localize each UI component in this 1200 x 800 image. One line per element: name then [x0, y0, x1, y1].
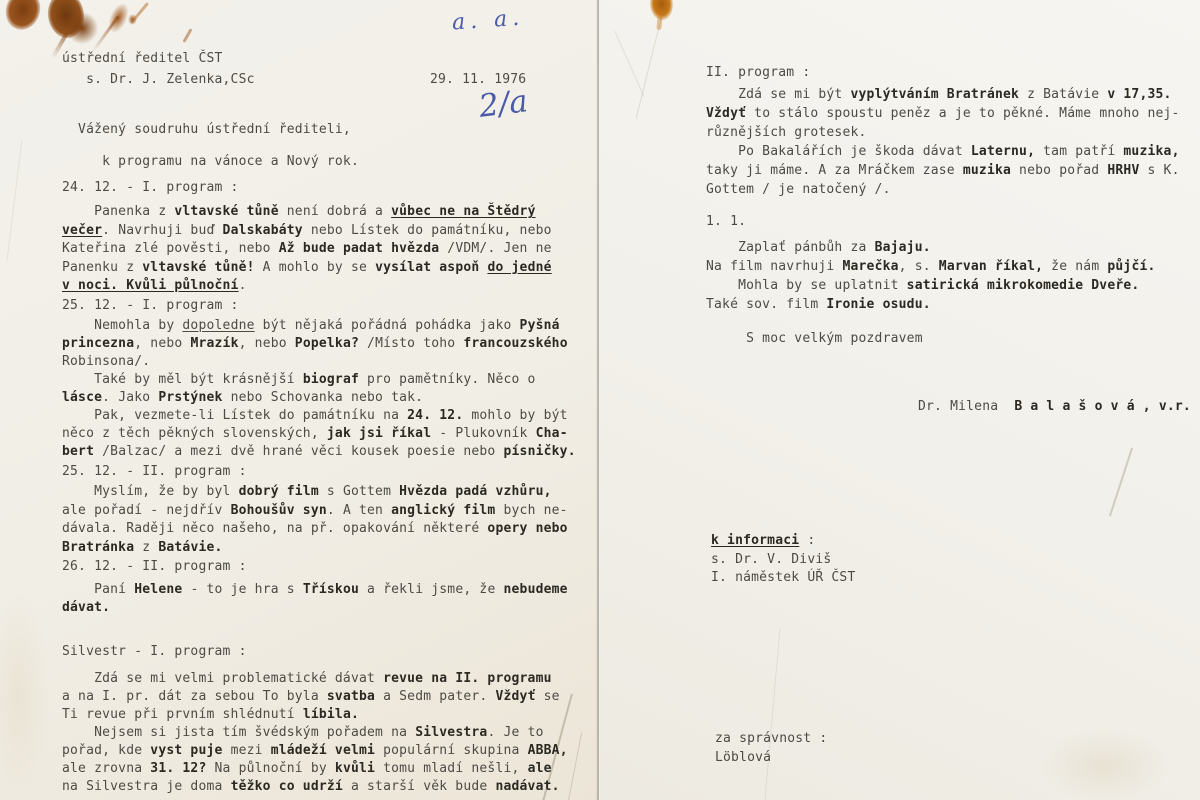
typed-line: 26. 12. - II. program :	[62, 558, 247, 576]
typed-line: II. program :	[706, 64, 810, 82]
typed-line: s. Dr. V. Diviš	[711, 551, 855, 570]
typed-line: Pak, vezmete-li Lístek do památníku na 2…	[62, 407, 576, 425]
typed-line: Nemohla by dopoledne být nějaká pořádná …	[62, 317, 576, 335]
handwritten-note-aa: a. a.	[451, 6, 525, 36]
typed-line: dávat.	[62, 599, 568, 617]
closing-line: S moc velkým pozdravem	[706, 330, 923, 348]
typed-line: Na film navrhuji Marečka, s. Marvan říka…	[706, 257, 1156, 276]
addressee-block: ústřední ředitel ČST s. Dr. J. Zelenka,C…	[62, 48, 255, 90]
typed-line: Dr. Milena B a l a š o v á , v.r.	[918, 398, 1191, 416]
typed-line: Bratránka z Batávie.	[62, 539, 568, 558]
typed-line: Mohla by se uplatnit satirická mikrokome…	[706, 276, 1156, 295]
typed-line: a na I. pr. dát za sebou To byla svatba …	[62, 688, 568, 706]
typed-line: Také sov. film Ironie osudu.	[706, 295, 1156, 314]
typed-line: Gottem / je natočený /.	[706, 180, 1180, 199]
section-heading-jan1: 1. 1.	[706, 213, 746, 231]
typed-line: ústřední ředitel ČST	[62, 48, 255, 69]
typed-line: Po Bakalářích je škoda dávat Laternu, ta…	[706, 142, 1180, 161]
typed-line: Zdá se mi být vyplýtváním Bratránek z Ba…	[706, 85, 1180, 104]
typed-line: dávala. Raději něco našeho, na př. opako…	[62, 520, 568, 539]
typed-line: princezna, nebo Mrazík, nebo Popelka? /M…	[62, 335, 576, 353]
typed-line: taky ji máme. A za Mráčkem zase muzika n…	[706, 161, 1180, 180]
info-block: k informaci :s. Dr. V. DivišI. náměstek …	[711, 532, 855, 588]
typed-line: S moc velkým pozdravem	[706, 330, 923, 348]
section-body-dec24-program1: Panenka z vltavské tůně není dobrá a vůb…	[62, 203, 552, 296]
typed-line: Zaplať pánbůh za Bajaju.	[706, 238, 1156, 257]
rust-stain	[66, 12, 98, 44]
typed-line: něco z těch pěkných slovenských, jak jsi…	[62, 425, 576, 443]
section-heading-silvester: Silvestr - I. program :	[62, 643, 247, 661]
typed-line: Panenku z vltavské tůně! A mohlo by se v…	[62, 259, 552, 278]
salutation-line: Vážený soudruhu ústřední řediteli,	[62, 121, 351, 139]
page-fold-divider	[596, 0, 600, 800]
section-heading-program2: II. program :	[706, 64, 810, 82]
typed-line: Panenka z vltavské tůně není dobrá a vůb…	[62, 203, 552, 222]
typed-line: k informaci :	[711, 532, 855, 551]
section-heading-dec24-program1: 24. 12. - I. program :	[62, 179, 239, 197]
typed-line: 25. 12. - I. program :	[62, 297, 239, 315]
handwritten-copy-mark: 2/a	[477, 83, 530, 125]
section-heading-dec25-program2: 25. 12. - II. program :	[62, 463, 247, 481]
typed-line: ale pořadí - nejdřív Bohoušův syn. A ten…	[62, 502, 568, 521]
typed-line: Ti revue při prvním shlédnutí líbila.	[62, 706, 568, 724]
section-heading-dec26-program2: 26. 12. - II. program :	[62, 558, 247, 576]
typed-line: Zdá se mi velmi problematické dávat revu…	[62, 670, 568, 688]
section-body-dec25-program1: Nemohla by dopoledne být nějaká pořádná …	[62, 317, 576, 461]
typed-line: Paní Helene - to je hra s Třískou a řekl…	[62, 581, 568, 599]
correctness-block: za správnost :Löblová	[715, 729, 827, 767]
typed-line: za správnost :	[715, 729, 827, 748]
typed-line: Kateřina zlé pověsti, nebo Až bude padat…	[62, 240, 552, 259]
typed-line: 1. 1.	[706, 213, 746, 231]
subject-line: k programu na vánoce a Nový rok.	[62, 153, 359, 171]
date-line: 29. 11. 1976	[430, 71, 526, 89]
typed-line: Myslím, že by byl dobrý film s Gottem Hv…	[62, 483, 568, 502]
typed-line: Robinsona/.	[62, 353, 576, 371]
scanned-letter: a. a. 2/a ústřední ředitel ČST s. Dr. J.…	[0, 0, 1200, 800]
typed-line: 29. 11. 1976	[430, 71, 526, 89]
typed-line: k programu na vánoce a Nový rok.	[62, 153, 359, 171]
typed-line: ale zrovna 31. 12? Na půlnoční by kvůli …	[62, 760, 568, 778]
typed-line: Také by měl být krásnější biograf pro pa…	[62, 371, 576, 389]
typed-line: Löblová	[715, 748, 827, 767]
typed-line: různějších grotesek.	[706, 123, 1180, 142]
section-body-dec25-program2: Myslím, že by byl dobrý film s Gottem Hv…	[62, 483, 568, 557]
typed-line: 25. 12. - II. program :	[62, 463, 247, 481]
signature-line: Dr. Milena B a l a š o v á , v.r.	[918, 398, 1191, 416]
typed-line: Vážený soudruhu ústřední řediteli,	[62, 121, 351, 139]
typed-line: Nejsem si jista tím švédským pořadem na …	[62, 724, 568, 742]
typed-line: v noci. Kvůli půlnoční.	[62, 277, 552, 296]
paper-smudge	[1040, 728, 1170, 800]
typed-line: večer. Navrhuji buď Dalskabáty nebo Líst…	[62, 222, 552, 241]
section-body-jan1: Zaplať pánbůh za Bajaju.Na film navrhuji…	[706, 238, 1156, 314]
typed-line: Silvestr - I. program :	[62, 643, 247, 661]
section-body-silvester: Zdá se mi velmi problematické dávat revu…	[62, 670, 568, 796]
section-heading-dec25-program1: 25. 12. - I. program :	[62, 297, 239, 315]
section-body-dec26-program2: Paní Helene - to je hra s Třískou a řekl…	[62, 581, 568, 617]
section-body-program2: Zdá se mi být vyplýtváním Bratránek z Ba…	[706, 85, 1180, 199]
typed-line: I. náměstek ÚŘ ČST	[711, 569, 855, 588]
typed-line: s. Dr. J. Zelenka,CSc	[62, 69, 255, 90]
typed-line: bert /Balzac/ a mezi dvě hrané věci kous…	[62, 443, 576, 461]
typed-line: 24. 12. - I. program :	[62, 179, 239, 197]
typed-line: pořad, kde vyst puje mezi mládeží velmi …	[62, 742, 568, 760]
typed-line: Vždyť to stálo spoustu peněz a je to pěk…	[706, 104, 1180, 123]
typed-line: na Silvestra je doma těžko co udrží a st…	[62, 778, 568, 796]
typed-line: lásce. Jako Prstýnek nebo Schovanka nebo…	[62, 389, 576, 407]
